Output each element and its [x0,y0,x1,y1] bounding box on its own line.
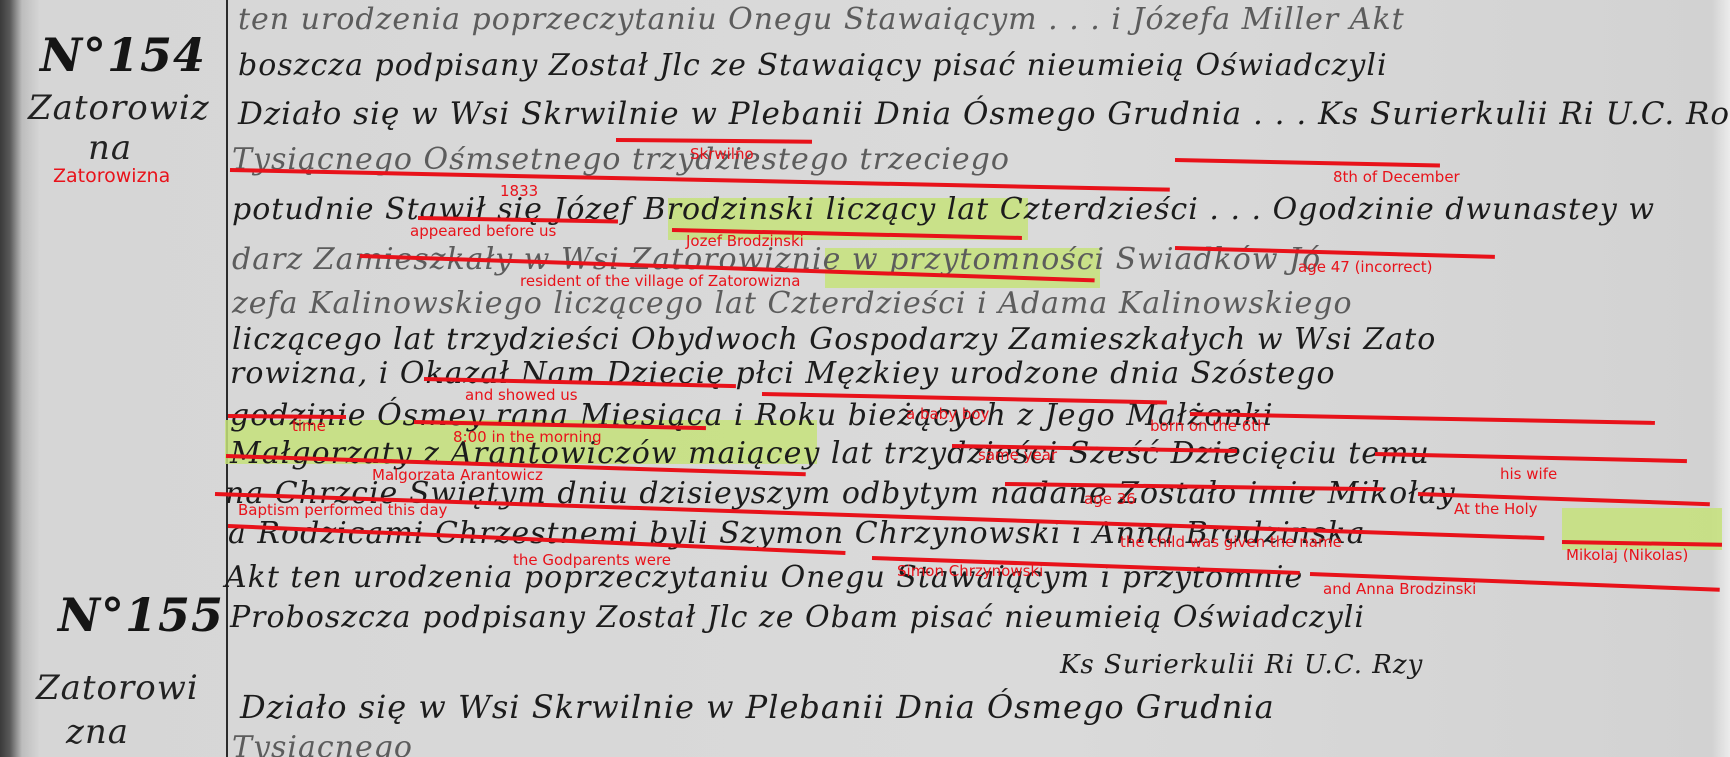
handwritten-line: Tysiącnego [232,730,413,757]
label-born: born on the 6th [1150,417,1267,435]
label-age-mother: age 36 [1084,490,1136,508]
label-age-father: age 47 (incorrect) [1298,258,1432,276]
label-year: 1833 [500,182,538,200]
label-holy: At the Holy [1454,500,1538,518]
label-godparents: the Godparents were [513,551,671,569]
label-godmother: and Anna Brodzinski [1323,580,1476,598]
handwritten-line: zefa Kalinowskiego liczącego lat Czterdz… [232,286,1353,321]
scanned-register-page: N°154 Zatorowiz na Zatorowizna N°155 Zat… [0,0,1730,757]
label-baptism: Baptism performed this day [238,501,447,519]
label-date: 8th of December [1333,168,1460,186]
handwritten-line: Działo się w Wsi Skrwilnie w Plebanii Dn… [240,688,1275,726]
entry-place-155-line1: Zatorowi [36,668,199,708]
handwritten-line: liczącego lat trzydzieści Obydwoch Gospo… [232,322,1436,357]
label-appeared: appeared before us [410,222,556,240]
margin-rule [226,0,228,757]
entry-number-155: N°155 [58,588,224,642]
label-morning: 8:00 in the morning [453,428,602,446]
entry-number-154: N°154 [40,28,206,82]
label-child-name: Mikolaj (Nikolas) [1566,546,1688,564]
label-time: time [292,417,326,435]
handwritten-line: Ks Surierkulii Ri U.C. Rzy [1060,650,1423,680]
underline-date [1175,158,1440,168]
handwritten-line: rowizna, i Okazał Nam Dziecię płci Męzki… [230,356,1336,391]
label-godfather: Simon Chrzynowski [897,562,1043,580]
margin-place-translation: Zatorowizna [53,165,170,187]
entry-place-154-line1: Zatorowiz [28,88,210,128]
label-showed: and showed us [465,386,578,404]
entry-place-155-line2: zna [66,712,129,752]
label-same-year: same year [978,446,1057,464]
label-baby: a baby boy [906,405,989,423]
handwritten-line: Proboszcza podpisany Został Jlc ze Obam … [230,600,1365,635]
label-resident: resident of the village of Zatorowizna [520,272,800,290]
label-wife: his wife [1500,465,1557,483]
entry-place-154-line2: na [88,128,132,168]
handwritten-line: Działo się w Wsi Skrwilnie w Plebanii Dn… [238,96,1730,132]
handwritten-line: ten urodzenia poprzeczytaniu Onegu Stawa… [238,2,1405,37]
label-skrwilno: Skrwilno [690,145,754,163]
label-mother: Malgorzata Arantowicz [372,466,543,484]
handwritten-line: boszcza podpisany Został Jlc ze Stawaiąc… [238,48,1388,83]
label-given-name: the child was given the name [1120,533,1342,551]
label-father: Jozef Brodzinski [686,232,804,250]
